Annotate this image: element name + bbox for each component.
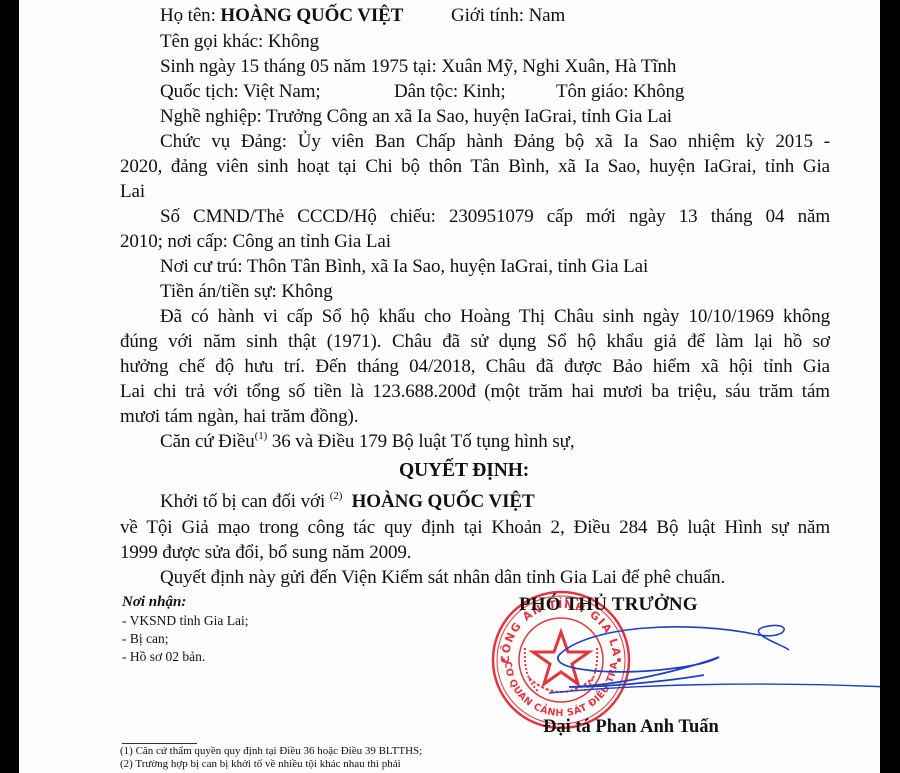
offense-line-2: đúng với năm sinh thật (1971). Châu đã s… — [120, 330, 830, 354]
birth-info: Sinh ngày 15 tháng 05 năm 1975 tại: Xuân… — [160, 55, 676, 79]
signer-title: PHÓ THỦ TRƯỞNG — [519, 594, 698, 616]
criminal-record: Tiền án/tiền sự: Không — [160, 280, 333, 304]
id-line-2: 2010; nơi cấp: Công an tỉnh Gia Lai — [120, 230, 391, 254]
residence: Nơi cư trú: Thôn Tân Bình, xã Ia Sao, hu… — [160, 255, 648, 279]
recipient-item: - Bị can; — [122, 630, 169, 647]
defendant-name: HOÀNG QUỐC VIỆT — [220, 5, 403, 26]
charge-line-2: 1999 được sửa đổi, bổ sung năm 2009. — [120, 541, 411, 565]
name-label: Họ tên: — [160, 5, 220, 26]
alias: Tên gọi khác: Không — [160, 30, 319, 54]
legal-basis-prefix: Căn cứ Điều — [160, 431, 255, 452]
decision-defendant-name: HOÀNG QUỐC VIỆT — [352, 491, 535, 512]
footnote-2: (2) Trường hợp bị can bị khởi tố về nhiề… — [120, 758, 401, 771]
decision-line: Khởi tố bị can đối với (2) HOÀNG QUỐC VI… — [160, 490, 535, 514]
forwarding-note: Quyết định này gửi đến Viện Kiểm sát nhâ… — [160, 566, 725, 590]
nationality: Quốc tịch: Việt Nam; — [160, 80, 321, 104]
religion: Tôn giáo: Không — [556, 80, 684, 104]
document-page: Họ tên: HOÀNG QUỐC VIỆT Giới tính: Nam T… — [19, 0, 880, 773]
signature-icon — [549, 615, 880, 705]
party-position-line-1: Chức vụ Đảng: Ủy viên Ban Chấp hành Đảng… — [160, 130, 830, 154]
signer-name: Đại tá Phan Anh Tuấn — [543, 717, 719, 738]
decision-prefix: Khởi tố bị can đối với — [160, 491, 330, 512]
footnote-divider — [122, 743, 197, 744]
recipient-item: - VKSND tỉnh Gia Lai; — [122, 612, 249, 629]
recipient-item: - Hồ sơ 02 bản. — [122, 648, 205, 665]
gender: Giới tính: Nam — [451, 4, 565, 28]
offense-line-5: mươi tám ngàn, hai trăm đồng). — [120, 405, 358, 429]
party-position-line-2: 2020, đảng viên sinh hoạt tại Chi bộ thô… — [120, 155, 830, 179]
footnote-1: (1) Căn cứ thẩm quyền quy định tại Điều … — [120, 745, 422, 758]
legal-basis-suffix: 36 và Điều 179 Bộ luật Tố tụng hình sự, — [267, 431, 574, 452]
party-position-line-3: Lai — [120, 180, 145, 204]
offense-line-3: hưởng chế độ hưu trí. Đến tháng 04/2018,… — [120, 355, 830, 379]
footnote-ref-1: (1) — [255, 430, 268, 442]
recipients-title: Nơi nhận: — [122, 594, 186, 611]
charge-line-1: về Tội Giả mạo trong công tác quy định t… — [120, 516, 830, 540]
name-line: Họ tên: HOÀNG QUỐC VIỆT — [160, 4, 403, 28]
ethnicity: Dân tộc: Kinh; — [394, 80, 506, 104]
occupation: Nghề nghiệp: Trưởng Công an xã Ia Sao, h… — [160, 105, 672, 129]
decision-heading: QUYẾT ĐỊNH: — [399, 459, 529, 483]
offense-line-4: Lai chi trả với tổng số tiền là 123.688.… — [120, 380, 830, 404]
offense-line-1: Đã có hành vi cấp Sổ hộ khẩu cho Hoàng T… — [160, 305, 830, 329]
legal-basis: Căn cứ Điều(1) 36 và Điều 179 Bộ luật Tố… — [160, 430, 575, 454]
footnote-ref-2: (2) — [330, 490, 343, 502]
id-line-1: Số CMND/Thẻ CCCD/Hộ chiếu: 230951079 cấp… — [160, 205, 830, 229]
